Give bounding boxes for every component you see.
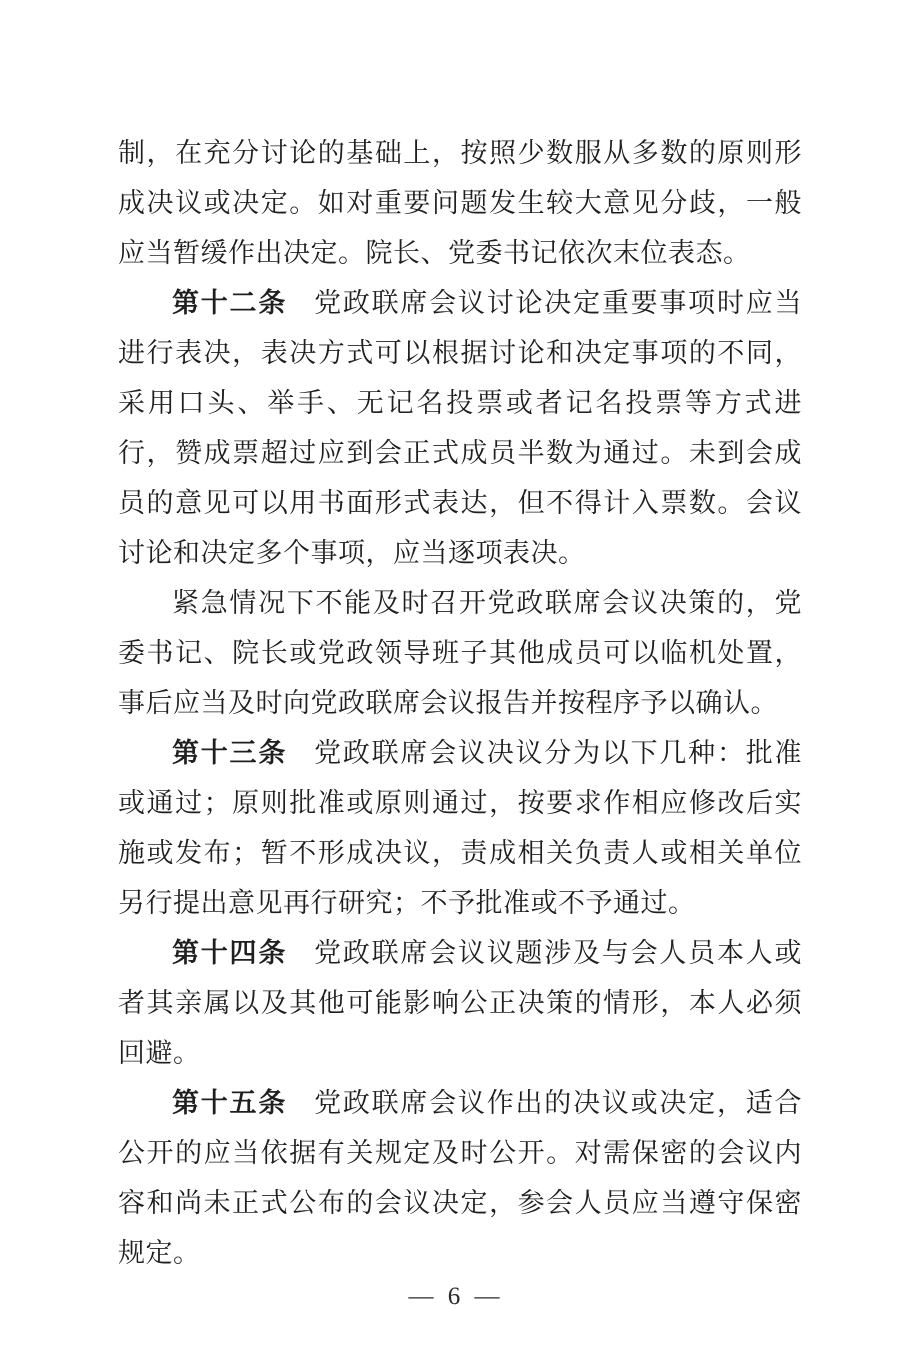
article-14-heading: 第十四条 xyxy=(172,938,287,968)
paragraph-article-15: 第十五条党政联席会议作出的决议或决定，适合公开的应当依据有关规定及时公开。对需保… xyxy=(118,1078,802,1278)
page-number: — 6 — xyxy=(409,1283,504,1310)
article-12-heading: 第十二条 xyxy=(172,288,287,318)
paragraph-text: 党政联席会议讨论决定重要事项时应当进行表决，表决方式可以根据讨论和决定事项的不同… xyxy=(118,288,802,568)
paragraph-article-14: 第十四条党政联席会议议题涉及与会人员本人或者其亲属以及其他可能影响公正决策的情形… xyxy=(118,928,802,1078)
article-13-heading: 第十三条 xyxy=(172,738,287,768)
paragraph-emergency-clause: 紧急情况下不能及时召开党政联席会议决策的，党委书记、院长或党政领导班子其他成员可… xyxy=(118,578,802,728)
document-page: 制，在充分讨论的基础上，按照少数服从多数的原则形成决议或决定。如对重要问题发生较… xyxy=(0,0,912,1368)
paragraph-continuation: 制，在充分讨论的基础上，按照少数服从多数的原则形成决议或决定。如对重要问题发生较… xyxy=(118,128,802,278)
document-body: 制，在充分讨论的基础上，按照少数服从多数的原则形成决议或决定。如对重要问题发生较… xyxy=(118,128,802,1278)
article-15-heading: 第十五条 xyxy=(172,1088,287,1118)
paragraph-text: 紧急情况下不能及时召开党政联席会议决策的，党委书记、院长或党政领导班子其他成员可… xyxy=(118,588,802,718)
paragraph-text: 制，在充分讨论的基础上，按照少数服从多数的原则形成决议或决定。如对重要问题发生较… xyxy=(118,138,802,268)
paragraph-article-12: 第十二条党政联席会议讨论决定重要事项时应当进行表决，表决方式可以根据讨论和决定事… xyxy=(118,278,802,578)
page-footer: — 6 — xyxy=(0,1283,912,1311)
paragraph-article-13: 第十三条党政联席会议决议分为以下几种：批准或通过；原则批准或原则通过，按要求作相… xyxy=(118,728,802,928)
